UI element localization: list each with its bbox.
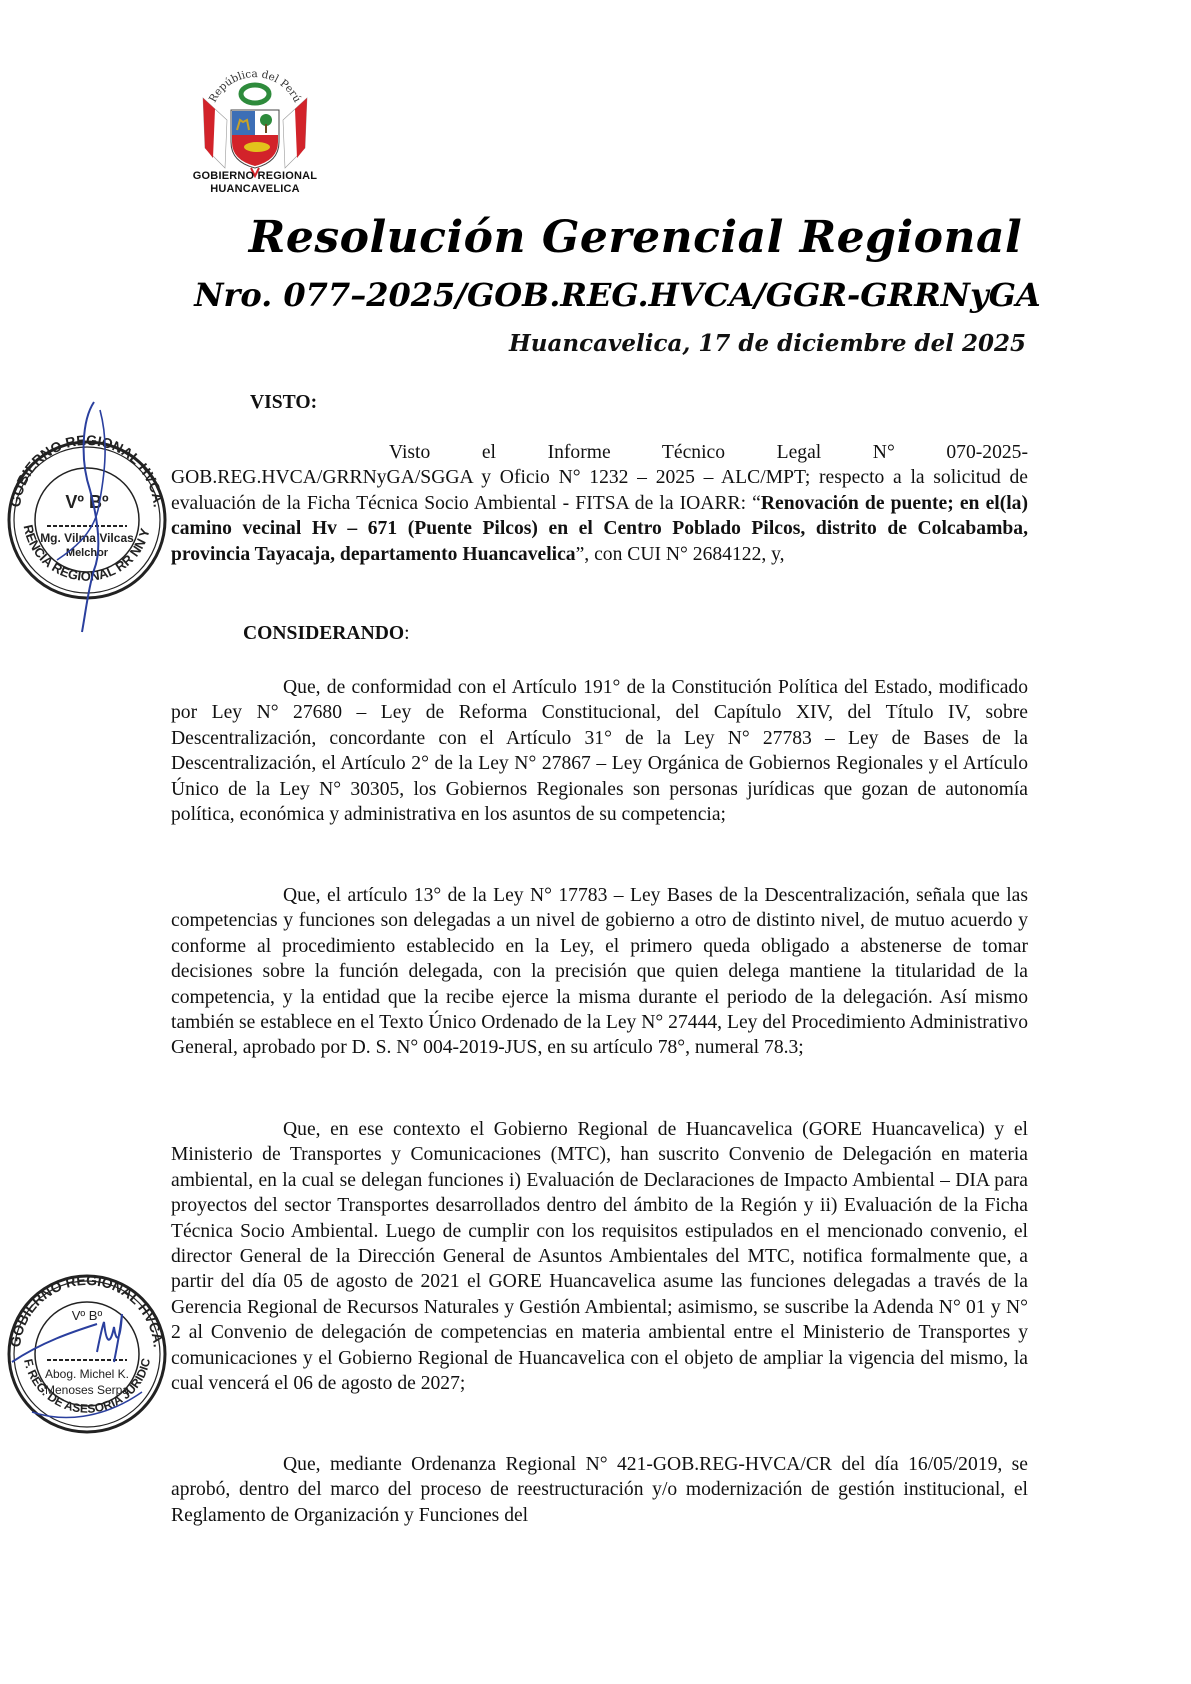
- approval-stamp-1: GOBIERNO REGIONAL HVCA. GERENCIA REGIONA…: [2, 400, 172, 640]
- svg-text:Abog. Michel K.: Abog. Michel K.: [45, 1367, 129, 1381]
- svg-text:Vº Bº: Vº Bº: [72, 1308, 103, 1323]
- approval-stamp-2: GOBIERNO REGIONAL HVCA. OF. REG. DE ASES…: [2, 1262, 172, 1442]
- considerando-paragraph-2: Que, el artículo 13° de la Ley N° 17783 …: [171, 883, 1028, 1061]
- considerando-paragraph-3: Que, en ese contexto el Gobierno Regiona…: [171, 1117, 1028, 1396]
- svg-text:Menoses Serpa: Menoses Serpa: [45, 1383, 129, 1397]
- organization-name: GOBIERNO REGIONAL HUANCAVELICA: [170, 170, 340, 196]
- considerando-colon: :: [404, 623, 409, 644]
- peru-coat-of-arms-icon: República del Perú: [185, 50, 325, 180]
- svg-text:Vº Bº: Vº Bº: [65, 492, 109, 512]
- document-page: República del Perú GOBIERNO REGIONAL HUA…: [0, 0, 1191, 1684]
- considerando-paragraph-4: Que, mediante Ordenanza Regional N° 421-…: [171, 1452, 1028, 1528]
- visto-paragraph: Visto el Informe Técnico Legal N° 070-20…: [171, 440, 1028, 567]
- considerando-heading: CONSIDERANDO:: [243, 623, 410, 645]
- considerando-label: CONSIDERANDO: [243, 623, 404, 644]
- org-line-2: HUANCAVELICA: [170, 183, 340, 196]
- visto-text-end: ”, con CUI N° 2684122, y,: [576, 544, 785, 565]
- resolution-number: Nro. 077–2025/GOB.REG.HVCA/GGR-GRRNyGA: [22, 276, 1191, 314]
- visto-heading: VISTO:: [250, 392, 317, 414]
- considerando-paragraph-1: Que, de conformidad con el Artículo 191°…: [171, 675, 1028, 827]
- document-title: Resolución Gerencial Regional: [40, 212, 1191, 263]
- org-line-1: GOBIERNO REGIONAL: [170, 170, 340, 183]
- place-and-date: Huancavelica, 17 de diciembre del 2025: [509, 330, 1026, 357]
